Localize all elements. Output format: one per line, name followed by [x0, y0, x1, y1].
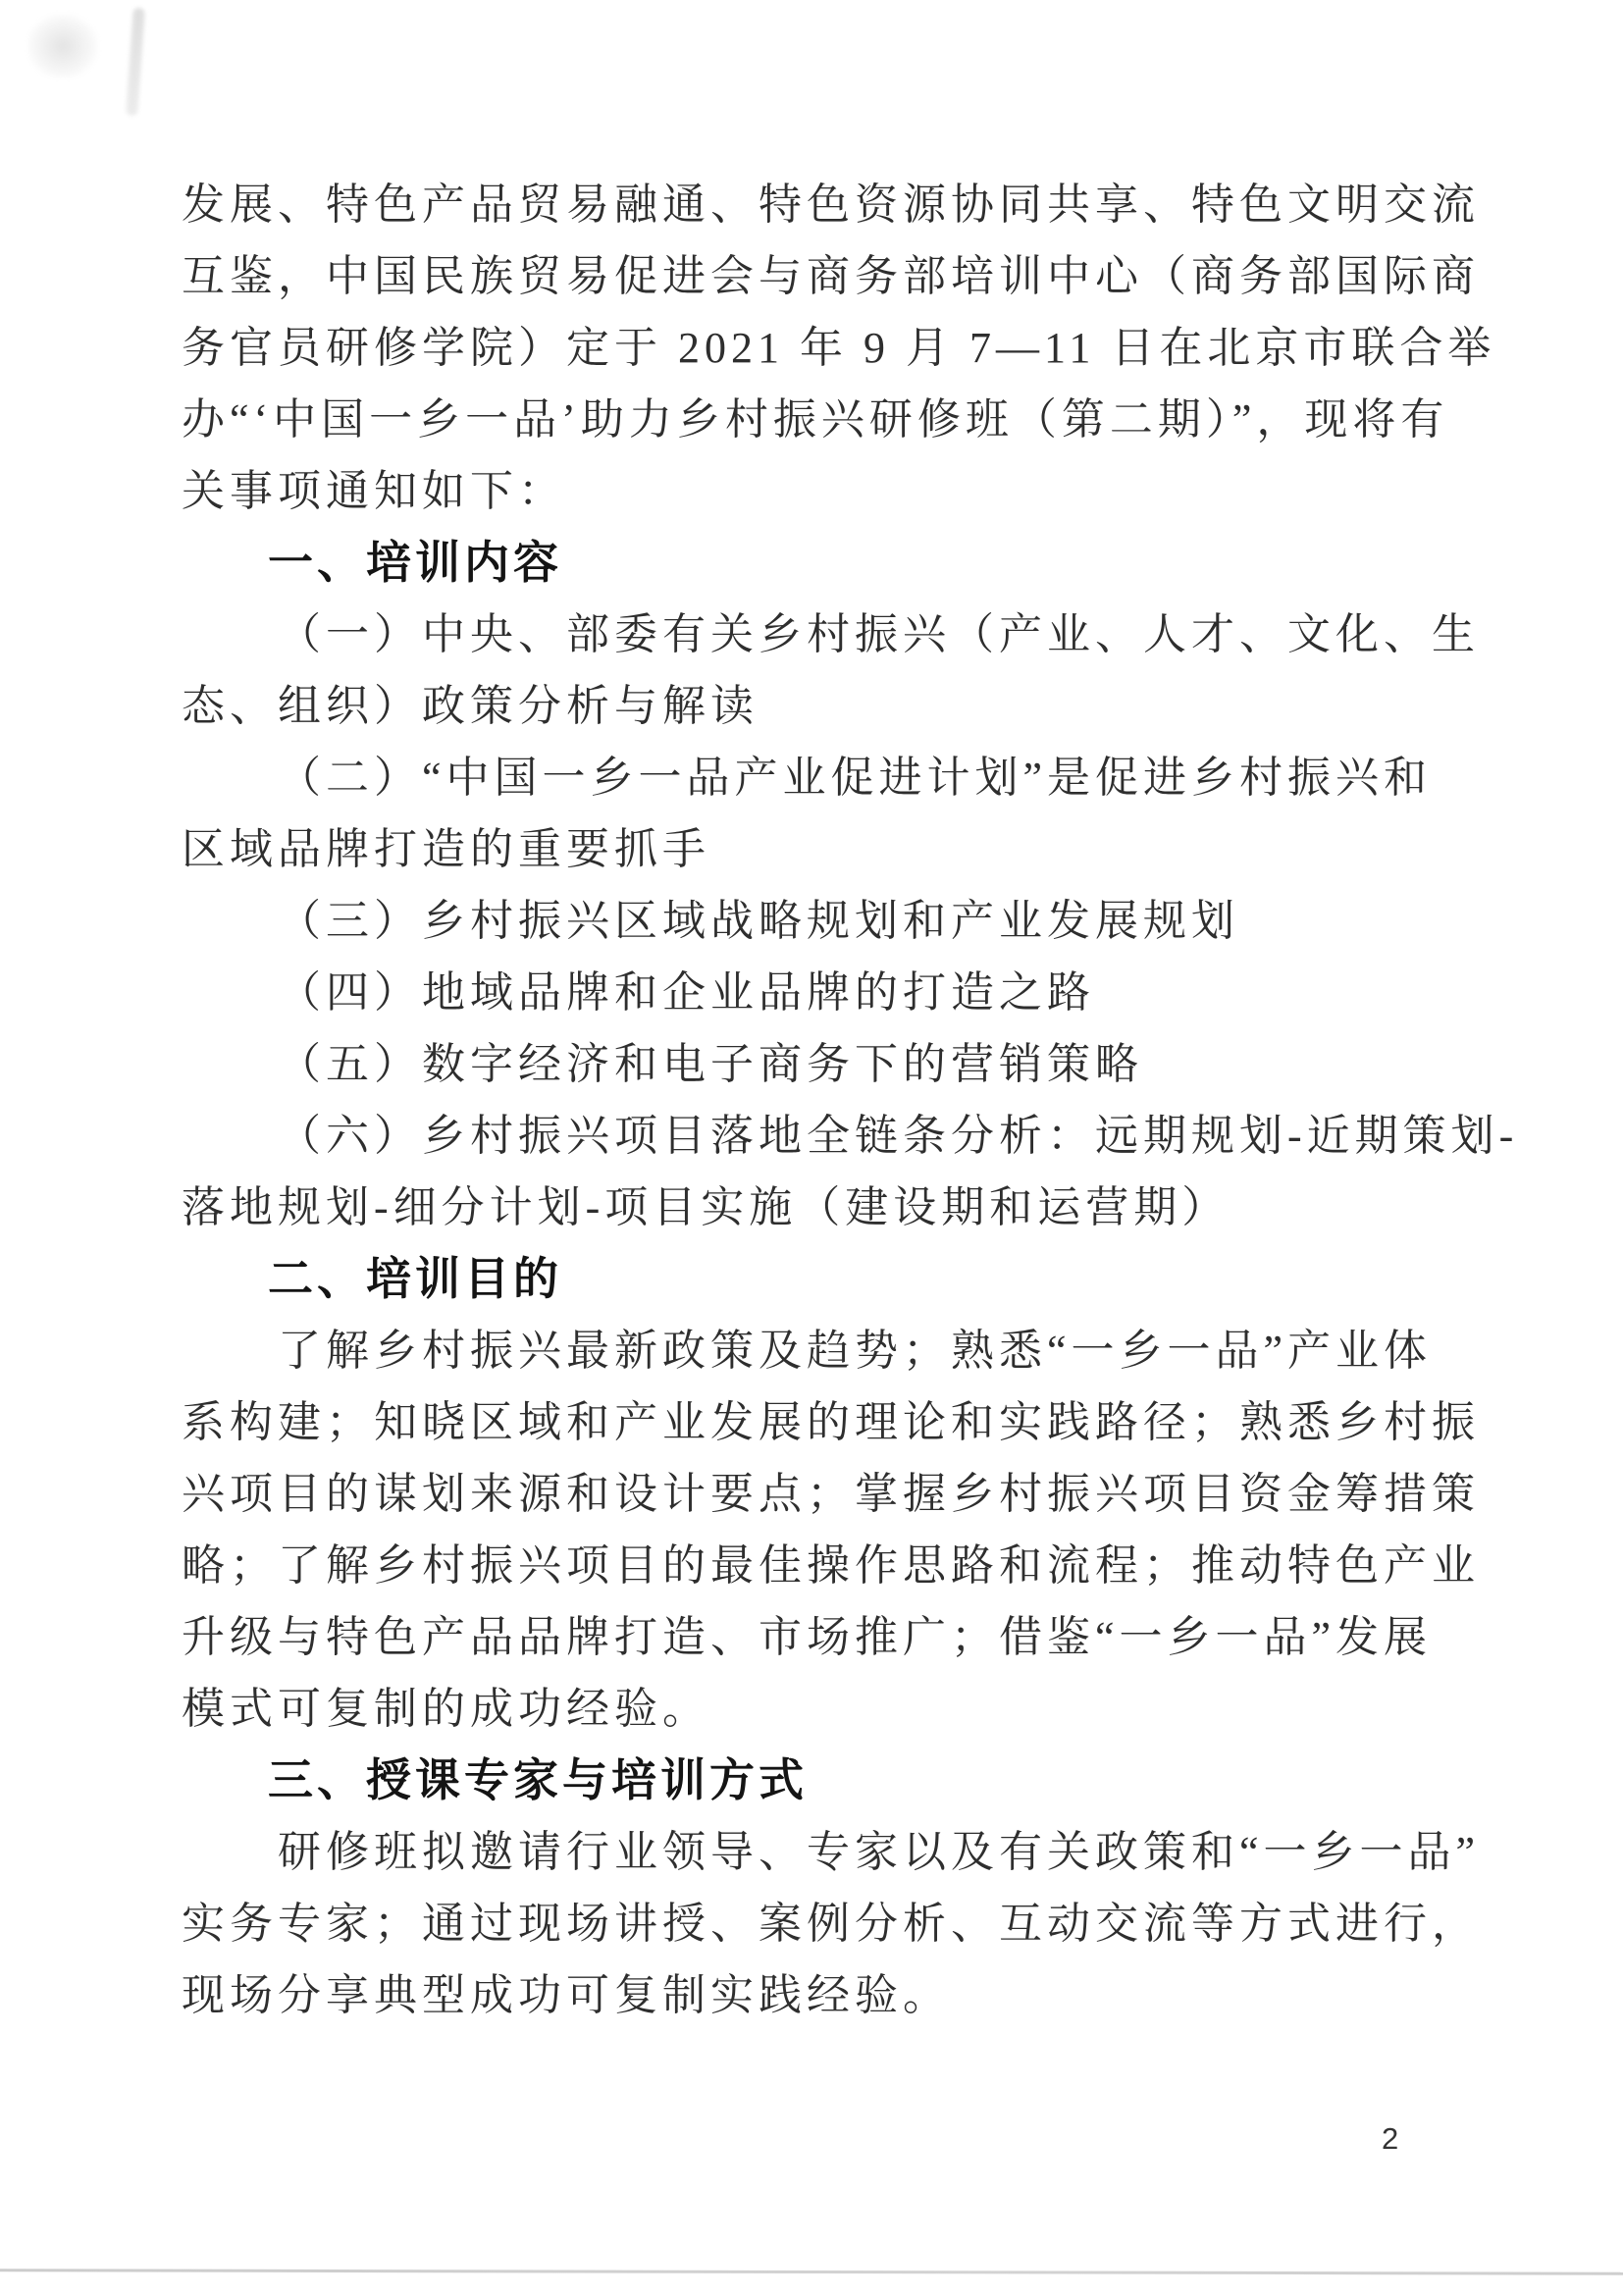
- body-line: 落地规划-细分计划-项目实施（建设期和运营期）: [182, 1172, 1492, 1243]
- document-page: 发展、特色产品贸易融通、特色资源协同共享、特色文明交流 互鉴，中国民族贸易促进会…: [0, 0, 1623, 2296]
- page-number: 2: [1382, 2121, 1398, 2157]
- section-heading: 一、培训内容: [182, 527, 1492, 599]
- body-line: 办“‘中国一乡一品’助力乡村振兴研修班（第二期）”，现将有: [182, 384, 1492, 455]
- section-heading: 三、授课专家与培训方式: [182, 1745, 1492, 1816]
- scan-smudge: [126, 8, 145, 117]
- body-line: 系构建；知晓区域和产业发展的理论和实践路径；熟悉乡村振: [182, 1386, 1492, 1458]
- body-line: （五）数字经济和电子商务下的营销策略: [182, 1028, 1492, 1100]
- body-line: 区域品牌打造的重要抓手: [182, 813, 1492, 885]
- body-line: （四）地域品牌和企业品牌的打造之路: [182, 957, 1492, 1028]
- body-line: （二）“中国一乡一品产业促进计划”是促进乡村振兴和: [182, 742, 1492, 813]
- body-line: 略；了解乡村振兴项目的最佳操作思路和流程；推动特色产业: [182, 1530, 1492, 1601]
- body-line: 兴项目的谋划来源和设计要点；掌握乡村振兴项目资金筹措策: [182, 1458, 1492, 1530]
- document-body: 发展、特色产品贸易融通、特色资源协同共享、特色文明交流 互鉴，中国民族贸易促进会…: [182, 169, 1492, 2031]
- body-line: 关事项通知如下：: [182, 455, 1492, 527]
- body-line: 互鉴，中国民族贸易促进会与商务部培训中心（商务部国际商: [182, 240, 1492, 312]
- body-line: 研修班拟邀请行业领导、专家以及有关政策和“一乡一品”: [182, 1816, 1492, 1888]
- body-line: 态、组织）政策分析与解读: [182, 670, 1492, 742]
- body-line: （三）乡村振兴区域战略规划和产业发展规划: [182, 885, 1492, 957]
- body-line: （六）乡村振兴项目落地全链条分析：远期规划-近期策划-: [182, 1100, 1492, 1172]
- body-line: 发展、特色产品贸易融通、特色资源协同共享、特色文明交流: [182, 169, 1492, 240]
- scan-smudge: [27, 14, 98, 78]
- body-line: 务官员研修学院）定于 2021 年 9 月 7—11 日在北京市联合举: [182, 312, 1492, 384]
- section-heading: 二、培训目的: [182, 1243, 1492, 1315]
- scan-edge-line: [0, 2269, 1623, 2274]
- body-line: 升级与特色产品品牌打造、市场推广；借鉴“一乡一品”发展: [182, 1601, 1492, 1673]
- body-line: 模式可复制的成功经验。: [182, 1673, 1492, 1745]
- body-line: （一）中央、部委有关乡村振兴（产业、人才、文化、生: [182, 599, 1492, 670]
- body-line: 实务专家；通过现场讲授、案例分析、互动交流等方式进行，: [182, 1888, 1492, 1959]
- body-line: 现场分享典型成功可复制实践经验。: [182, 1959, 1492, 2031]
- body-line: 了解乡村振兴最新政策及趋势；熟悉“一乡一品”产业体: [182, 1315, 1492, 1386]
